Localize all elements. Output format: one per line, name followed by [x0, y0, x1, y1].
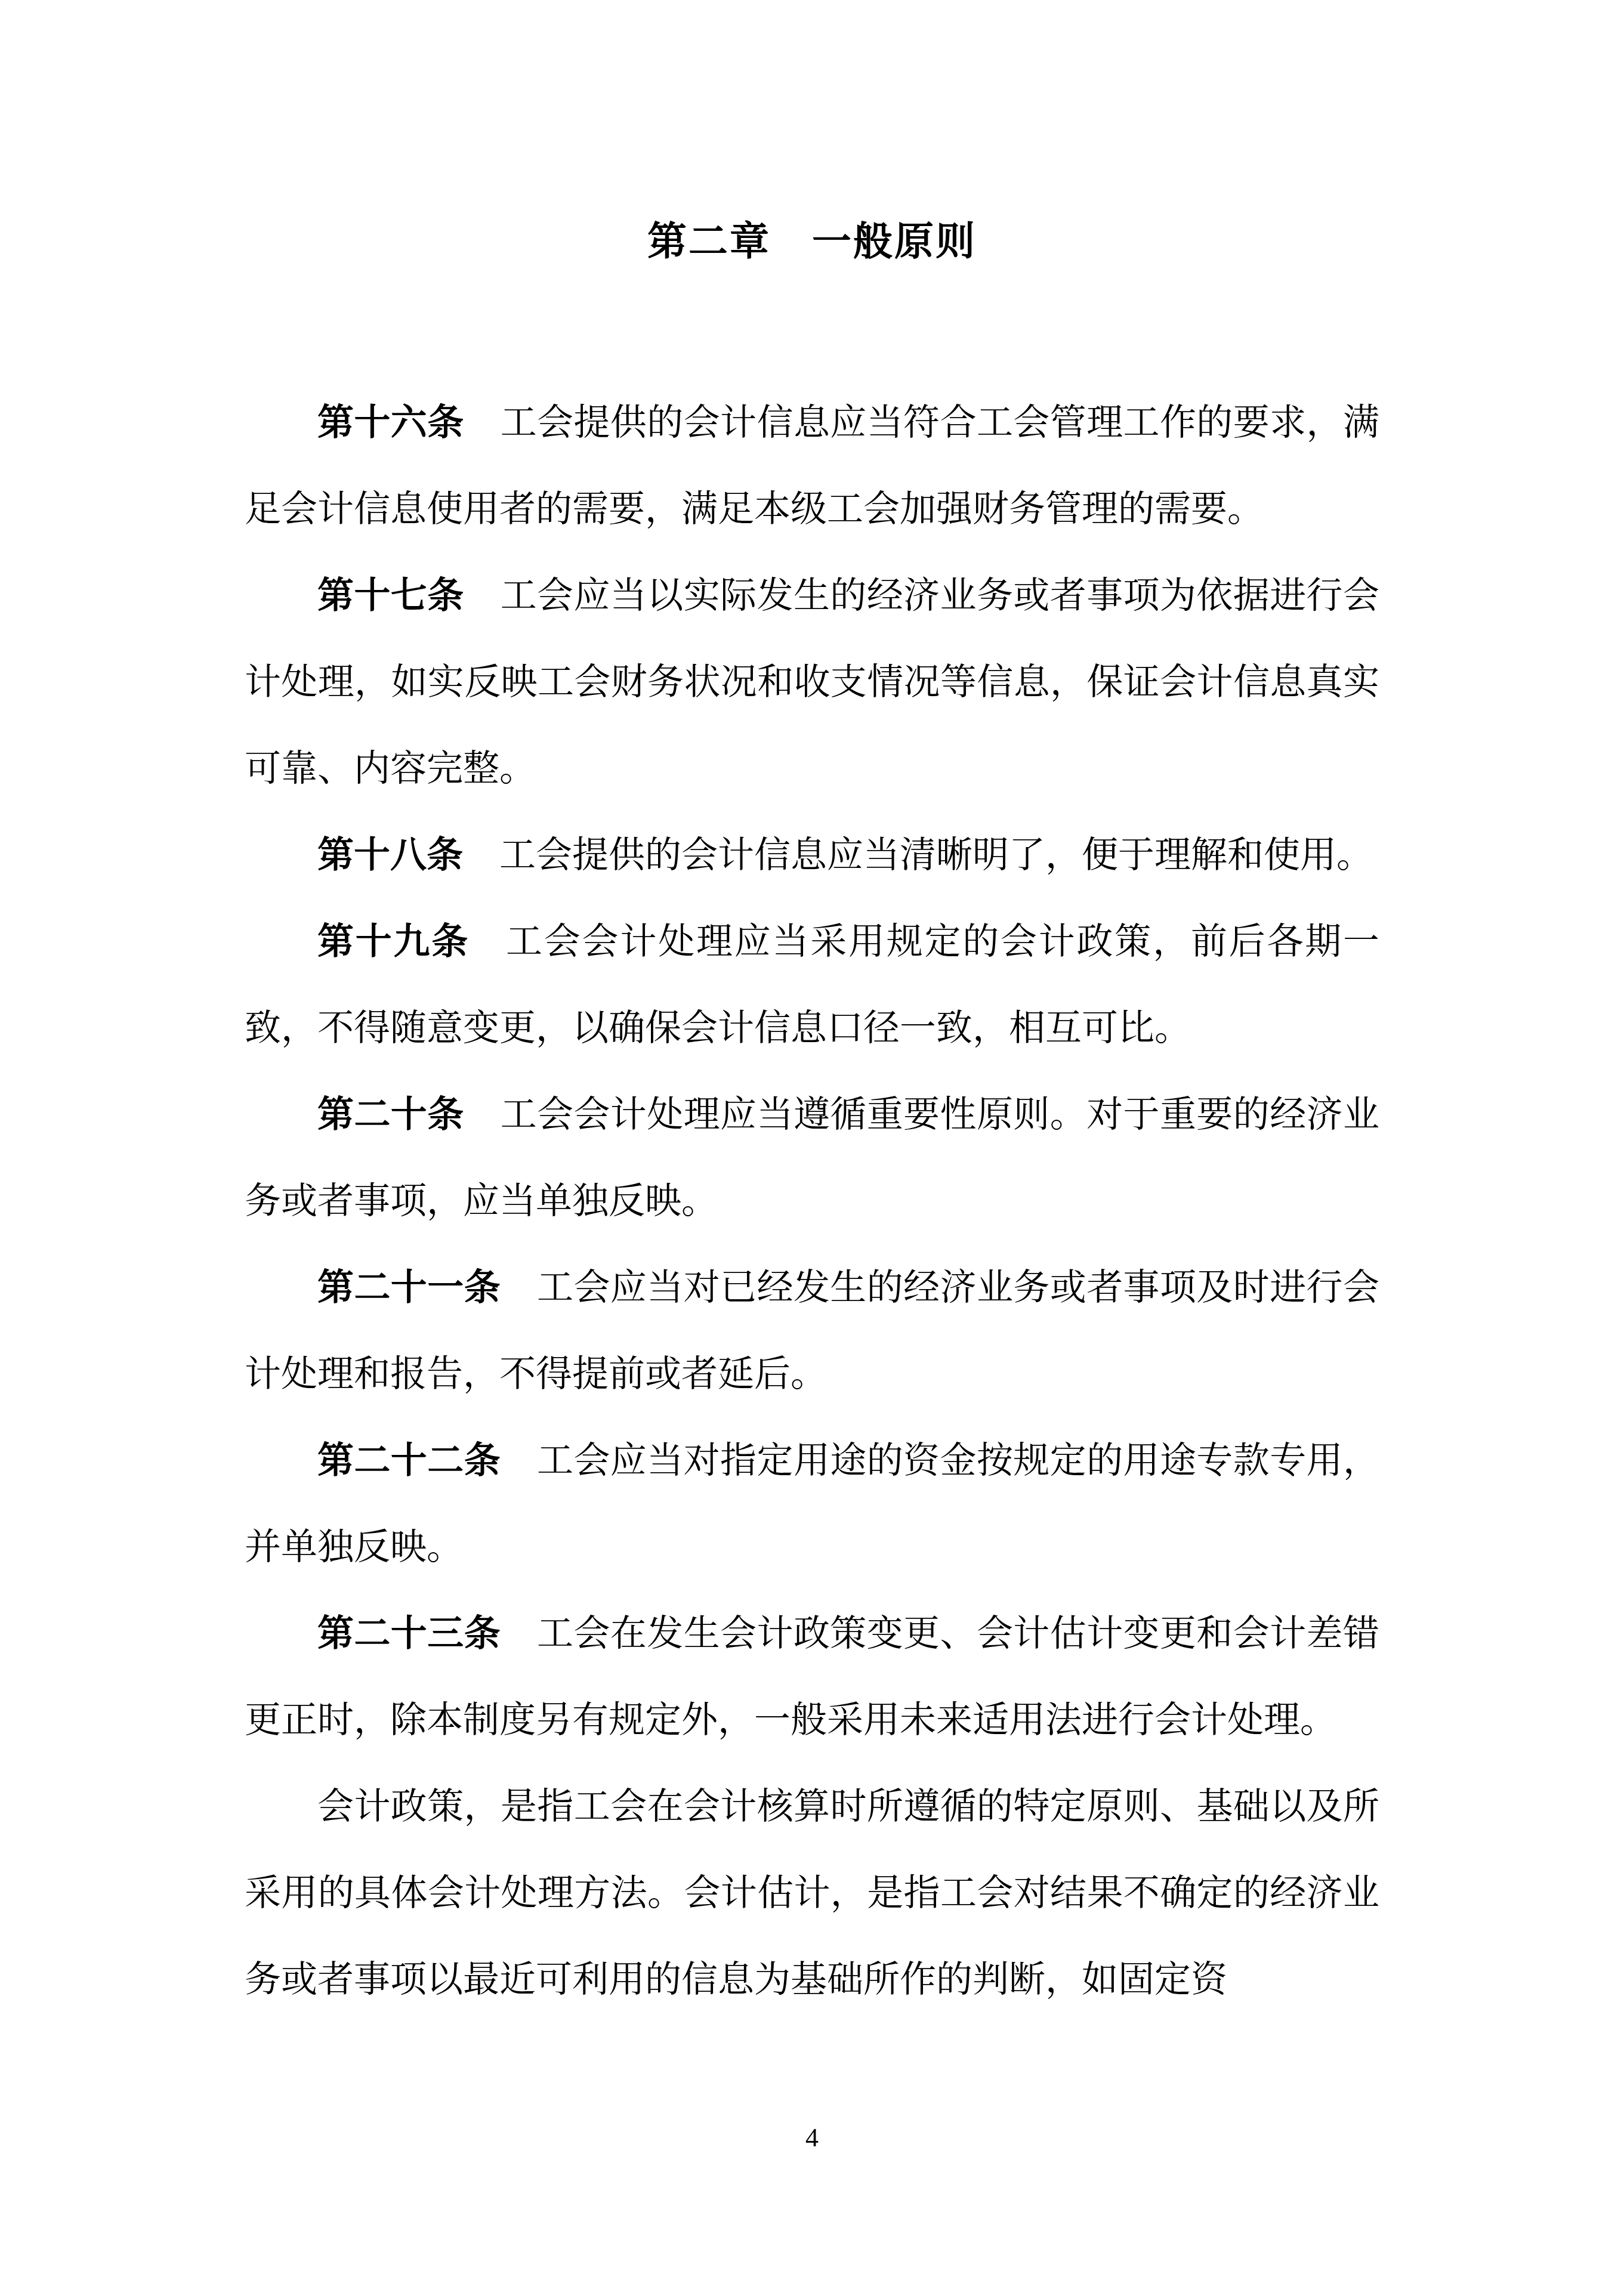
article-number: 第十九条	[317, 922, 470, 962]
article-text: 工会提供的会计信息应当清晰明了，便于理解和使用。	[499, 836, 1373, 876]
article-number: 第二十一条	[317, 1268, 501, 1308]
article-paragraph: 第二十条工会会计处理应当遵循重要性原则。对于重要的经济业务或者事项，应当单独反映…	[245, 1072, 1379, 1245]
paragraph-text: 会计政策，是指工会在会计核算时所遵循的特定原则、基础以及所采用的具体会计处理方法…	[245, 1787, 1379, 2000]
definition-paragraph: 会计政策，是指工会在会计核算时所遵循的特定原则、基础以及所采用的具体会计处理方法…	[245, 1764, 1379, 2023]
page-number: 4	[0, 2122, 1624, 2154]
article-number: 第十七条	[317, 576, 464, 616]
article-paragraph: 第二十三条工会在发生会计政策变更、会计估计变更和会计差错更正时，除本制度另有规定…	[245, 1591, 1379, 1764]
article-number: 第二十三条	[317, 1614, 501, 1654]
chapter-title: 第二章 一般原则	[0, 0, 1624, 263]
article-paragraph: 第十九条工会会计处理应当采用规定的会计政策，前后各期一致，不得随意变更，以确保会…	[245, 899, 1379, 1072]
article-number: 第十六条	[317, 403, 464, 443]
article-paragraph: 第二十一条工会应当对已经发生的经济业务或者事项及时进行会计处理和报告，不得提前或…	[245, 1245, 1379, 1418]
article-paragraph: 第十八条工会提供的会计信息应当清晰明了，便于理解和使用。	[245, 812, 1379, 899]
article-paragraph: 第十六条工会提供的会计信息应当符合工会管理工作的要求，满足会计信息使用者的需要，…	[245, 380, 1379, 553]
article-paragraph: 第十七条工会应当以实际发生的经济业务或者事项为依据进行会计处理，如实反映工会财务…	[245, 553, 1379, 812]
document-body: 第十六条工会提供的会计信息应当符合工会管理工作的要求，满足会计信息使用者的需要，…	[245, 380, 1379, 2023]
article-number: 第二十条	[317, 1095, 464, 1135]
article-number: 第二十二条	[317, 1441, 501, 1481]
article-number: 第十八条	[317, 836, 463, 876]
article-paragraph: 第二十二条工会应当对指定用途的资金按规定的用途专款专用，并单独反映。	[245, 1418, 1379, 1591]
document-page: 第二章 一般原则 第十六条工会提供的会计信息应当符合工会管理工作的要求，满足会计…	[0, 0, 1624, 2296]
